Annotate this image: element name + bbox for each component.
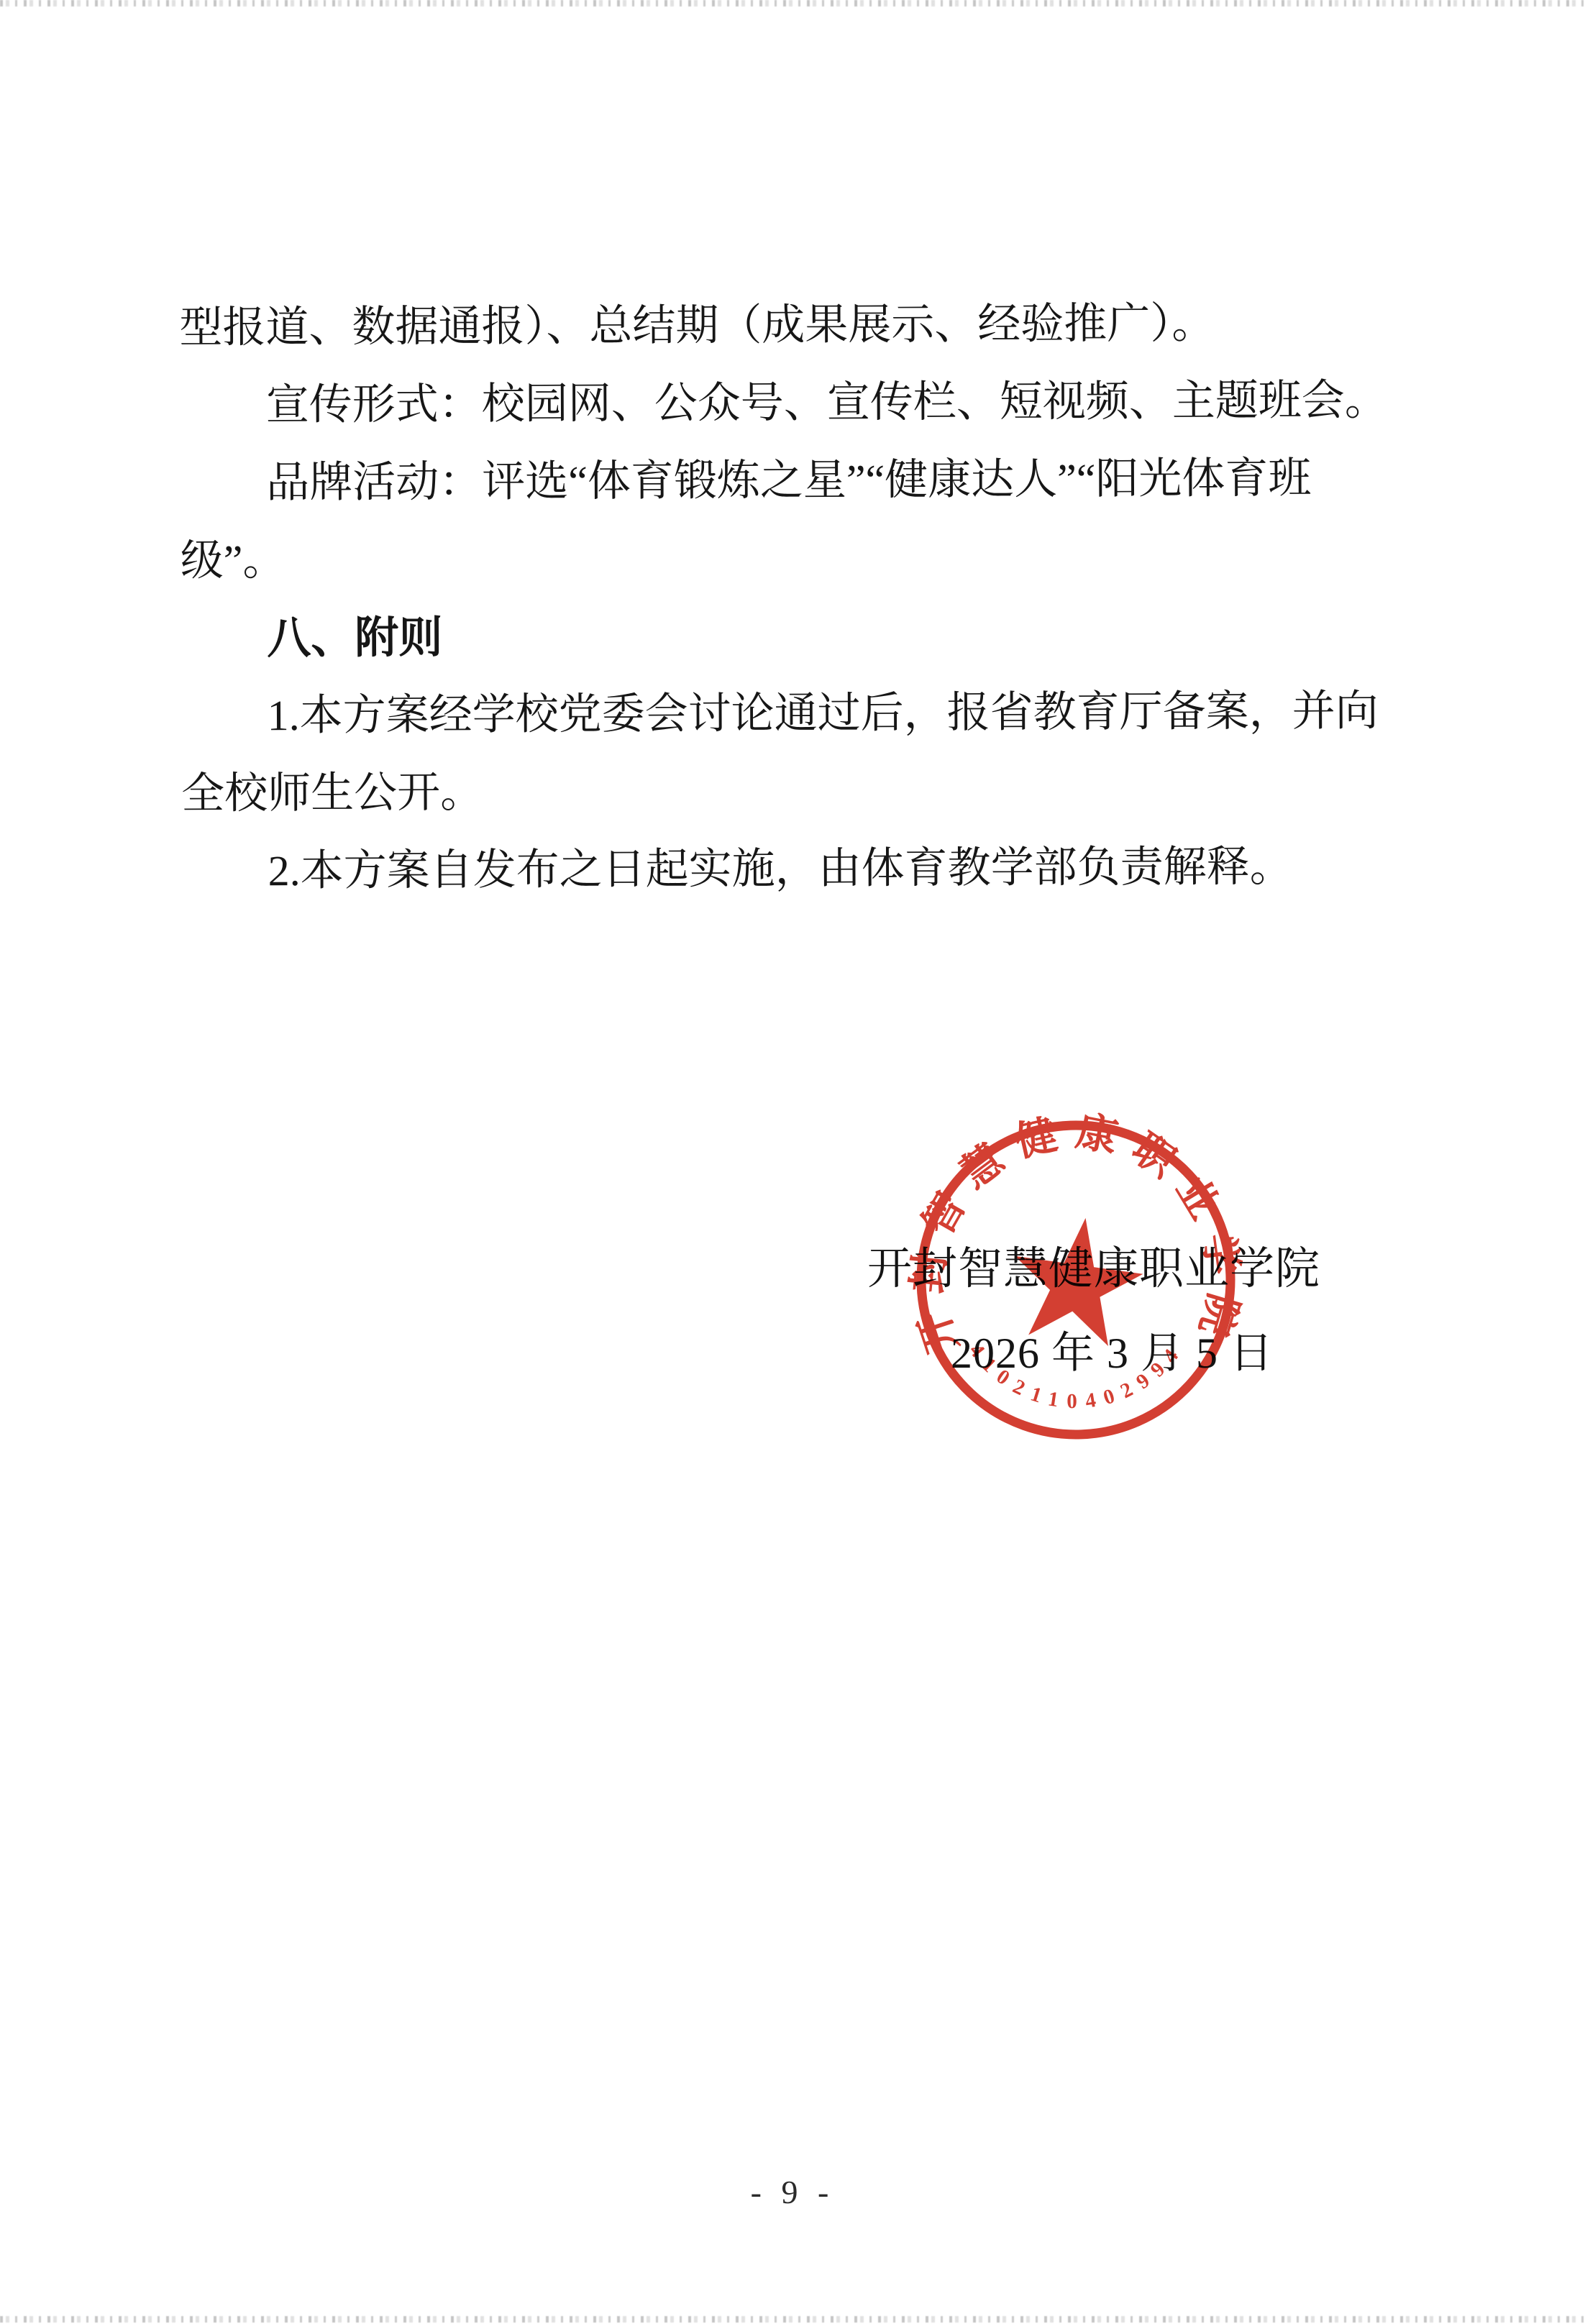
- scan-artifact-top: [0, 0, 1585, 6]
- scan-artifact-bottom: [0, 2316, 1585, 2323]
- section-heading: 八、附则: [181, 594, 1406, 677]
- body-line: 宣传形式：校园网、公众号、宣传栏、短视频、主题班会。: [180, 361, 1405, 444]
- svg-text:开封智慧健康职业学院: 开封智慧健康职业学院: [899, 1103, 1249, 1365]
- body-line: 1.本方案经学校党委会讨论通过后，报省教育厅备案，并向: [181, 672, 1406, 754]
- body-line: 型报道、数据通报）、总结期（成果展示、经验推广）。: [179, 283, 1404, 366]
- body-line: 2.本方案自发布之日起实施，由体育教学部负责解释。: [181, 827, 1407, 910]
- body-line: 品牌活动：评选“体育锻炼之星”“健康达人”“阳光体育班: [180, 439, 1405, 521]
- document-body: 型报道、数据通报）、总结期（成果展示、经验推广）。 宣传形式：校园网、公众号、宣…: [179, 283, 1407, 910]
- page-number: - 9 -: [0, 2173, 1585, 2211]
- official-seal: 开封智慧健康职业学院 4102110402994: [890, 1094, 1261, 1465]
- document-page: 型报道、数据通报）、总结期（成果展示、经验推广）。 宣传形式：校园网、公众号、宣…: [0, 0, 1585, 2324]
- body-line: 级”。: [181, 516, 1406, 599]
- svg-text:4102110402994: 4102110402994: [964, 1332, 1191, 1417]
- seal-star-icon: [1004, 1209, 1149, 1349]
- seal-ring-text: 开封智慧健康职业学院: [899, 1103, 1249, 1365]
- seal-code-number: 4102110402994: [964, 1332, 1191, 1417]
- body-line: 全校师生公开。: [181, 749, 1407, 832]
